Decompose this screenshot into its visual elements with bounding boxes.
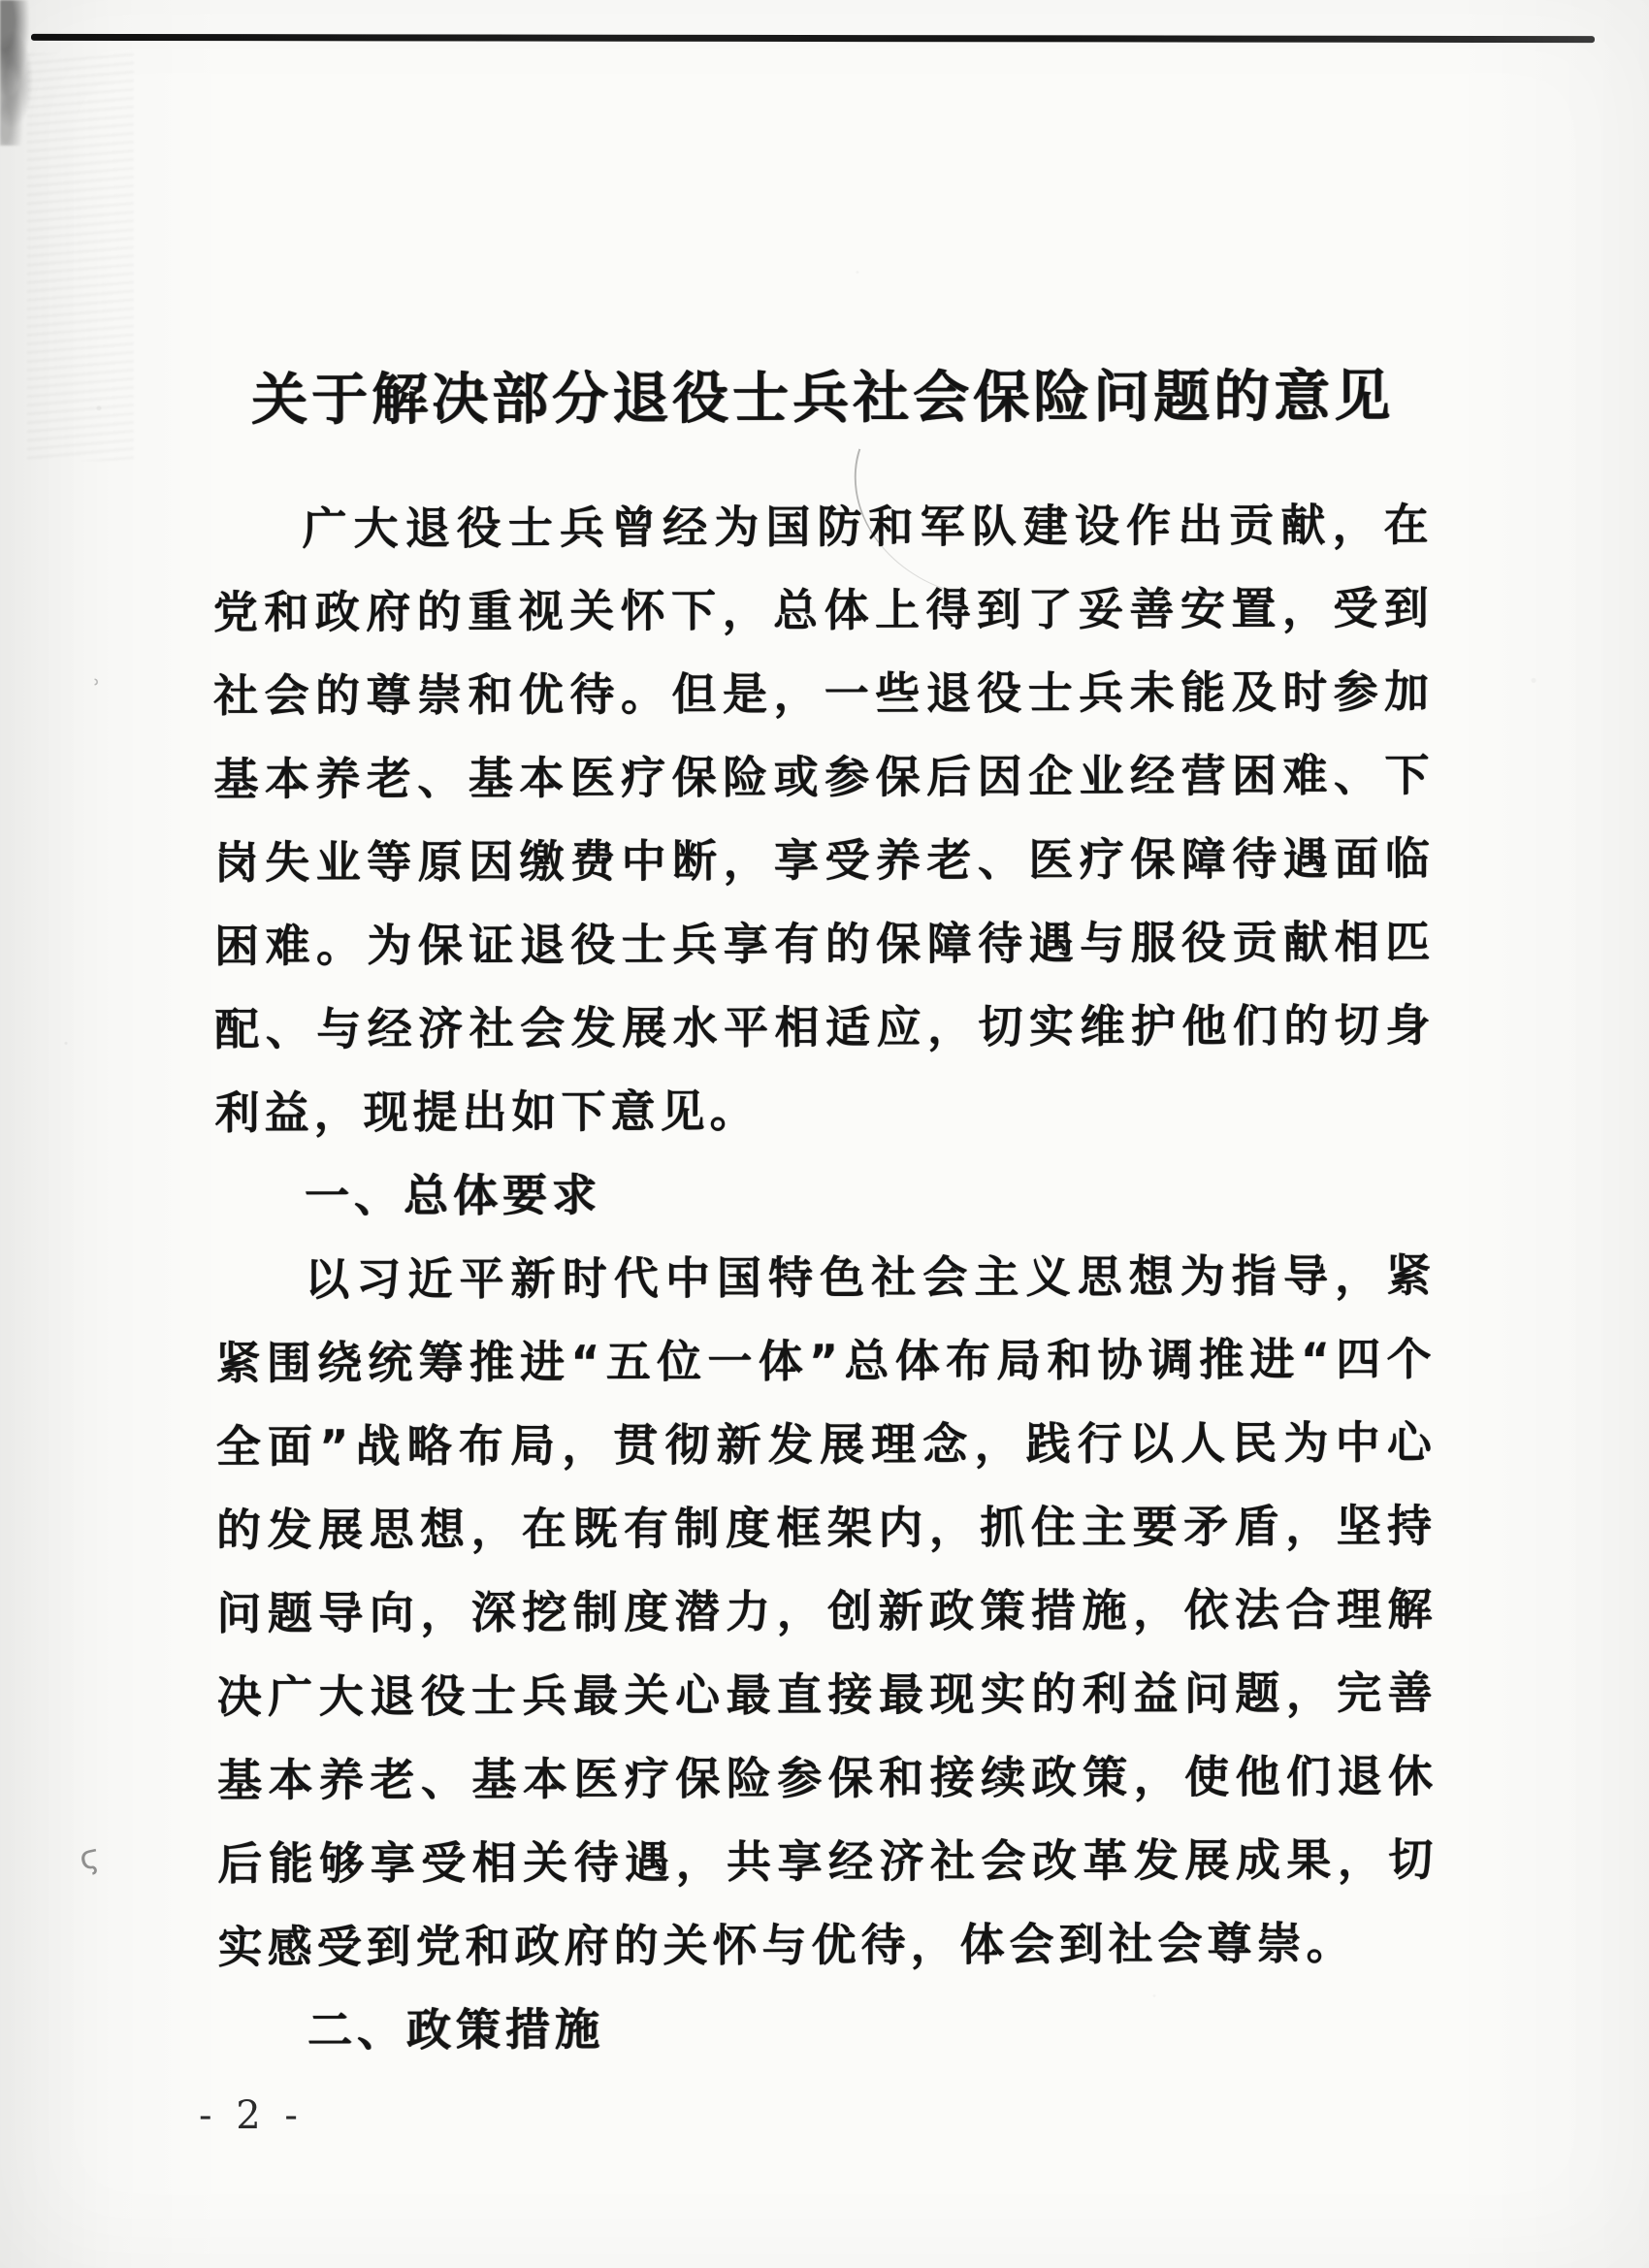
section-1-heading: 一、总体要求 [215, 1150, 1436, 1238]
scan-artifact-dot: ˒ [93, 669, 101, 698]
scan-artifact-left-streak [27, 53, 134, 461]
document-title: 关于解决部分退役士兵社会保险问题的意见 [212, 357, 1433, 438]
document-content: 关于解决部分退役士兵社会保险问题的意见 广大退役士兵曾经为国防和军队建设作出贡献… [212, 357, 1439, 2072]
section-1-body: 以习近平新时代中国特色社会主义思想为指导，紧紧围绕统筹推进“五位一体”总体布局和… [215, 1234, 1439, 1989]
page-number: - 2 - [199, 2093, 304, 2138]
scan-artifact-top-line [31, 34, 1595, 43]
section-2-heading: 二、政策措施 [218, 1985, 1439, 2072]
scanned-document-page: ϛ ˒ 关于解决部分退役士兵社会保险问题的意见 广大退役士兵曾经为国防和军队建设… [0, 0, 1649, 2268]
scan-artifact-smudge: ϛ [76, 1836, 103, 1878]
intro-paragraph: 广大退役士兵曾经为国防和军队建设作出贡献，在党和政府的重视关怀下，总体上得到了妥… [212, 483, 1435, 1154]
